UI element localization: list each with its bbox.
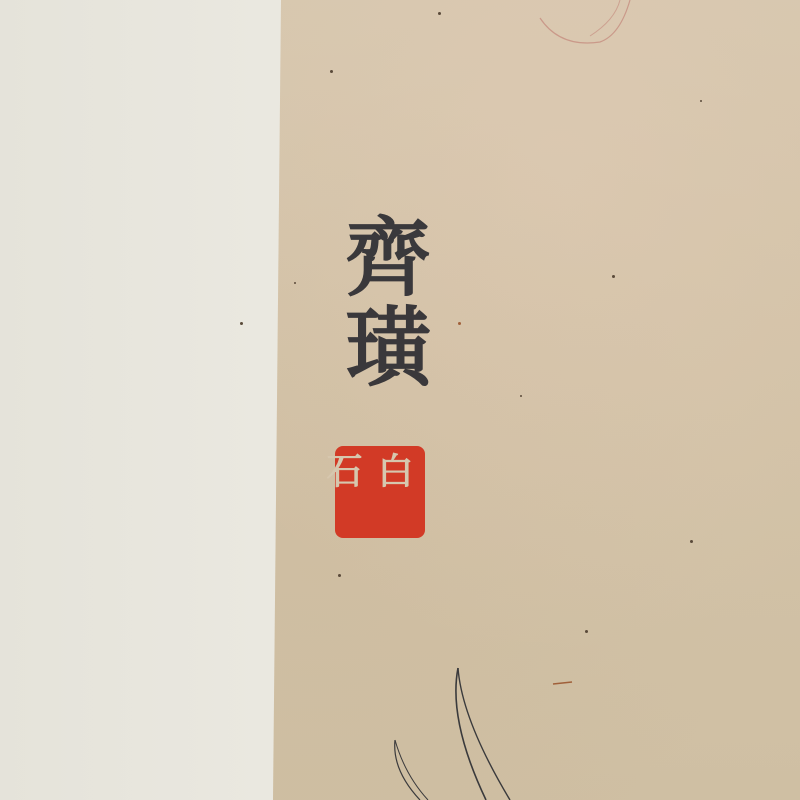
scroll-photo: 齊璜 白石 [0,0,800,800]
sketch-lines [0,0,800,800]
